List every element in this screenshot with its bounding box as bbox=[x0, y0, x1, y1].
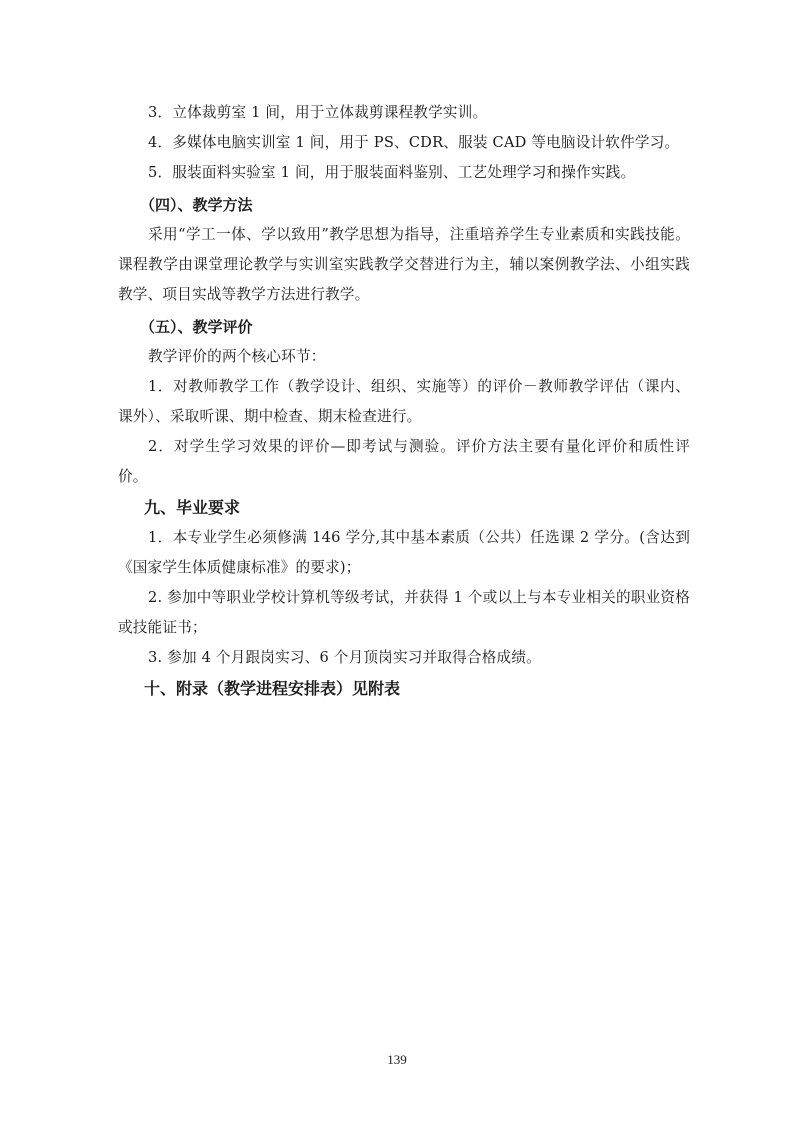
evaluation-item-1: 1．对教师教学工作（教学设计、组织、实施等）的评价－教师教学评估（课内、课外）、… bbox=[118, 372, 690, 432]
evaluation-item-2: 2．对学生学习效果的评价—即考试与测验。评价方法主要有量化评价和质性评价。 bbox=[118, 432, 690, 492]
facility-item-5: 5．服装面料实验室 1 间，用于服装面料鉴别、工艺处理学习和操作实践。 bbox=[118, 158, 690, 188]
document-page: 3．立体裁剪室 1 间，用于立体裁剪课程教学实训。 4．多媒体电脑实训室 1 间… bbox=[118, 98, 690, 704]
teaching-methods-body: 采用“学工一体、学以致用”教学思想为指导，注重培养学生专业素质和实践技能。课程教… bbox=[118, 220, 690, 310]
chapter-heading-appendix: 十、附录（教学进程安排表）见附表 bbox=[118, 673, 690, 704]
evaluation-intro: 教学评价的两个核心环节： bbox=[118, 342, 690, 372]
chapter-heading-graduation-requirements: 九、毕业要求 bbox=[118, 492, 690, 523]
graduation-item-3: 3. 参加 4 个月跟岗实习、6 个月顶岗实习并取得合格成绩。 bbox=[118, 643, 690, 673]
graduation-item-2: 2. 参加中等职业学校计算机等级考试，并获得 1 个或以上与本专业相关的职业资格… bbox=[118, 583, 690, 643]
page-number: 139 bbox=[0, 1052, 794, 1068]
facility-item-3: 3．立体裁剪室 1 间，用于立体裁剪课程教学实训。 bbox=[118, 98, 690, 128]
section-heading-teaching-methods: （四）、教学方法 bbox=[118, 190, 690, 220]
facility-item-4: 4．多媒体电脑实训室 1 间，用于 PS、CDR、服装 CAD 等电脑设计软件学… bbox=[118, 128, 690, 158]
graduation-item-1: 1．本专业学生必须修满 146 学分,其中基本素质（公共）任选课 2 学分。(含… bbox=[118, 523, 690, 583]
section-heading-teaching-evaluation: （五）、教学评价 bbox=[118, 312, 690, 342]
